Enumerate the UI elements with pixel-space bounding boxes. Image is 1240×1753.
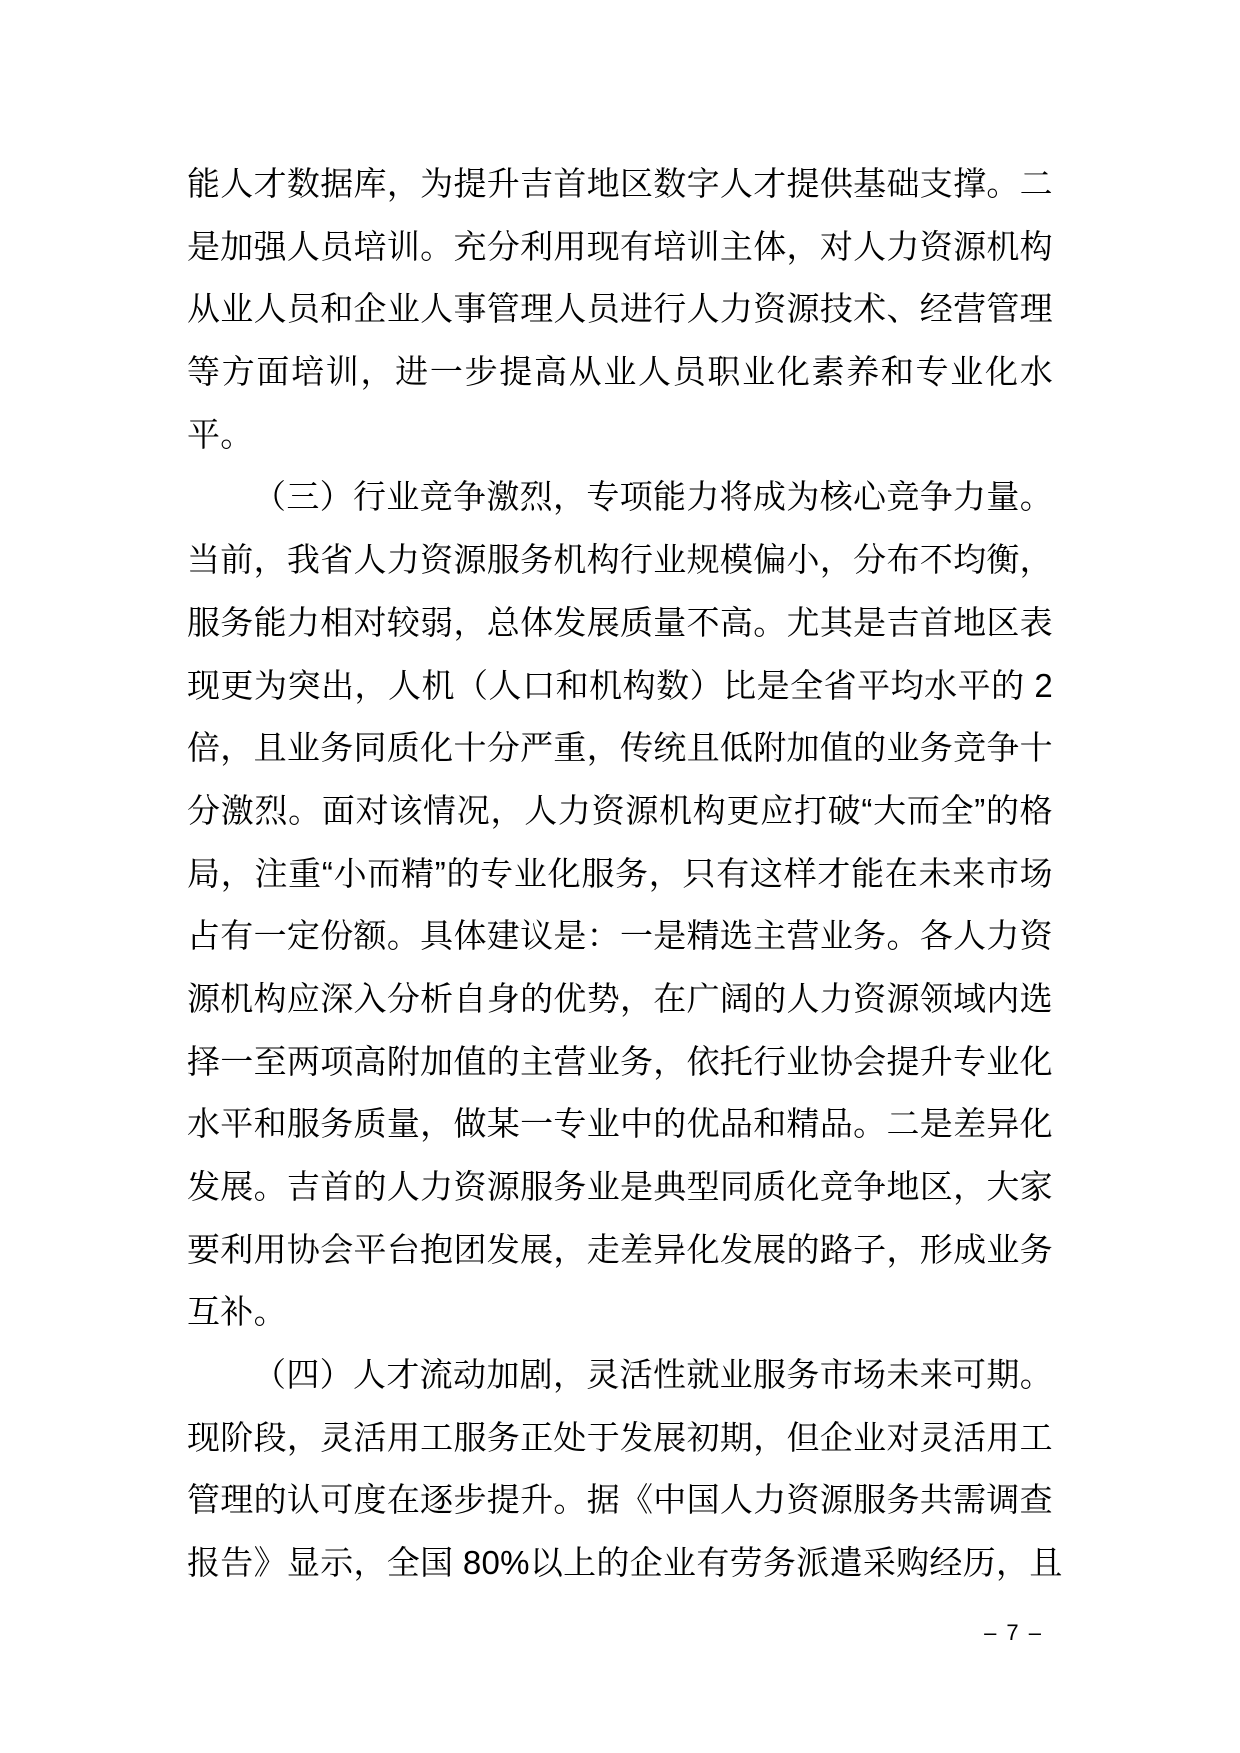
paragraph: 能人才数据库，为提升吉首地区数字人才提供基础支撑。二是加强人员培训。充分利用现有… <box>187 153 1053 466</box>
text-line: 水平和服务质量，做某一专业中的优品和精品。二是差异化 <box>187 1093 1053 1156</box>
text-line: 要利用协会平台抱团发展，走差异化发展的路子，形成业务 <box>187 1219 1053 1282</box>
text-line: 占有一定份额。具体建议是：一是精选主营业务。各人力资 <box>187 905 1053 968</box>
text-line: 等方面培训，进一步提高从业人员职业化素养和专业化水 <box>187 341 1053 404</box>
text-line: 择一至两项高附加值的主营业务，依托行业协会提升专业化 <box>187 1031 1053 1094</box>
text-line: 服务能力相对较弱，总体发展质量不高。尤其是吉首地区表 <box>187 592 1053 655</box>
page-number: – 7 – <box>187 1620 1043 1646</box>
text-line: 倍，且业务同质化十分严重，传统且低附加值的业务竞争十 <box>187 717 1053 780</box>
text-line: 平。 <box>187 404 1053 467</box>
text-line: 当前，我省人力资源服务机构行业规模偏小，分布不均衡， <box>187 529 1053 592</box>
text-line: （四）人才流动加剧，灵活性就业服务市场未来可期。 <box>187 1344 1053 1407</box>
text-line: 互补。 <box>187 1281 1053 1344</box>
text-line: 是加强人员培训。充分利用现有培训主体，对人力资源机构 <box>187 216 1053 279</box>
text-line: 现阶段，灵活用工服务正处于发展初期，但企业对灵活用工 <box>187 1407 1053 1470</box>
text-line: 报告》显示，全国 80%以上的企业有劳务派遣采购经历，且 <box>187 1532 1053 1595</box>
text-line: 从业人员和企业人事管理人员进行人力资源技术、经营管理 <box>187 278 1053 341</box>
text-line: 发展。吉首的人力资源服务业是典型同质化竞争地区，大家 <box>187 1156 1053 1219</box>
text-line: 分激烈。面对该情况，人力资源机构更应打破“大而全”的格 <box>187 780 1053 843</box>
text-line: 现更为突出，人机（人口和机构数）比是全省平均水平的 2 <box>187 655 1053 718</box>
text-line: （三）行业竞争激烈，专项能力将成为核心竞争力量。 <box>187 466 1053 529</box>
document-body: 能人才数据库，为提升吉首地区数字人才提供基础支撑。二是加强人员培训。充分利用现有… <box>187 153 1053 1595</box>
text-line: 源机构应深入分析自身的优势，在广阔的人力资源领域内选 <box>187 968 1053 1031</box>
text-line: 管理的认可度在逐步提升。据《中国人力资源服务共需调查 <box>187 1469 1053 1532</box>
text-line: 局，注重“小而精”的专业化服务，只有这样才能在未来市场 <box>187 843 1053 906</box>
paragraph: （三）行业竞争激烈，专项能力将成为核心竞争力量。当前，我省人力资源服务机构行业规… <box>187 466 1053 1344</box>
text-line: 能人才数据库，为提升吉首地区数字人才提供基础支撑。二 <box>187 153 1053 216</box>
paragraph: （四）人才流动加剧，灵活性就业服务市场未来可期。现阶段，灵活用工服务正处于发展初… <box>187 1344 1053 1595</box>
document-page: 能人才数据库，为提升吉首地区数字人才提供基础支撑。二是加强人员培训。充分利用现有… <box>0 0 1240 1753</box>
